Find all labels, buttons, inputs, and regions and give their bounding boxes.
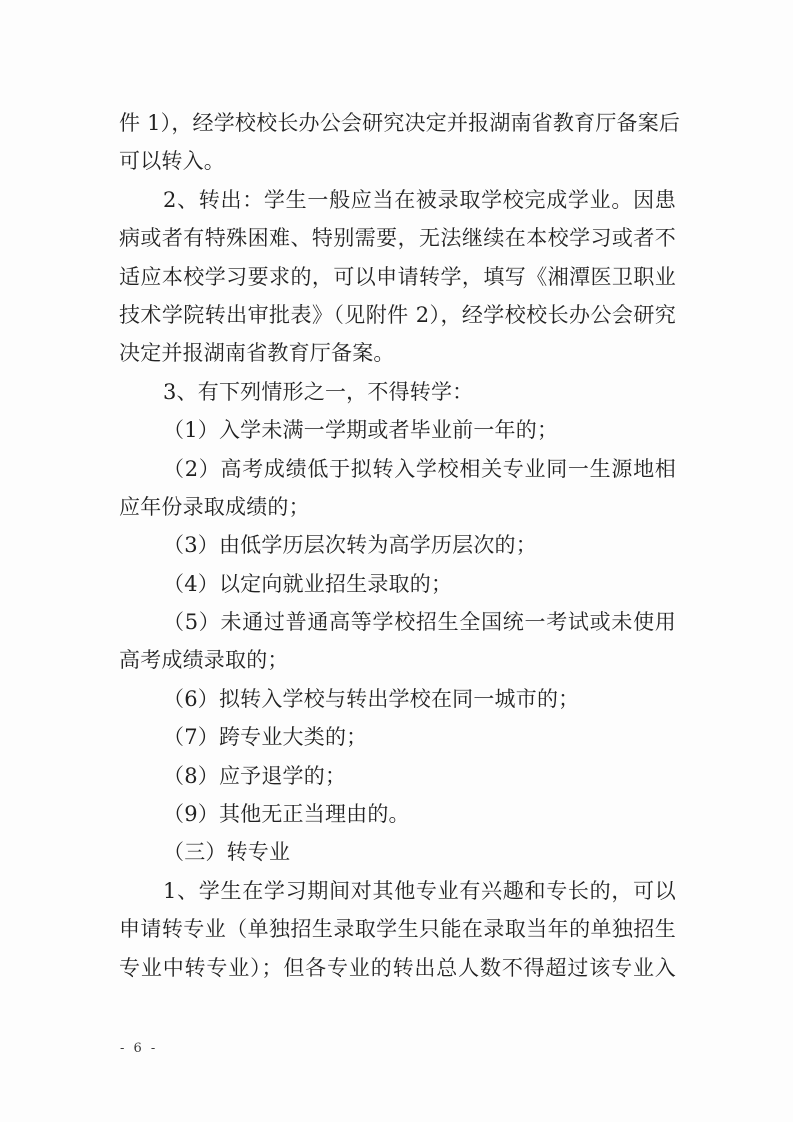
text-line: 可以转入。 xyxy=(119,142,676,180)
text-line: （9）其他无正当理由的。 xyxy=(119,795,676,833)
text-line: 高考成绩录取的； xyxy=(119,641,676,679)
text-line: 1、学生在学习期间对其他专业有兴趣和专长的，可以 xyxy=(119,872,676,910)
text-line: 决定并报湖南省教育厅备案。 xyxy=(119,334,676,372)
text-line: 适应本校学习要求的，可以申请转学，填写《湘潭医卫职业 xyxy=(119,258,676,296)
text-line: （1）入学未满一学期或者毕业前一年的； xyxy=(119,411,676,449)
document-page: 件 1），经学校校长办公会研究决定并报湖南省教育厅备案后 可以转入。 2、转出：… xyxy=(0,0,793,1122)
text-line: （8）应予退学的； xyxy=(119,757,676,795)
text-line: 3、有下列情形之一，不得转学： xyxy=(119,373,676,411)
text-line: 件 1），经学校校长办公会研究决定并报湖南省教育厅备案后 xyxy=(119,104,676,142)
text-line: （三）转专业 xyxy=(119,833,676,871)
text-line: 专业中转专业）；但各专业的转出总人数不得超过该专业入 xyxy=(119,949,676,987)
text-line: （4）以定向就业招生录取的； xyxy=(119,565,676,603)
text-line: 申请转专业（单独招生录取学生只能在录取当年的单独招生 xyxy=(119,910,676,948)
text-line: 技术学院转出审批表》（见附件 2），经学校校长办公会研究 xyxy=(119,296,676,334)
document-body: 件 1），经学校校长办公会研究决定并报湖南省教育厅备案后 可以转入。 2、转出：… xyxy=(119,104,676,987)
text-line: 应年份录取成绩的； xyxy=(119,488,676,526)
text-line: 病或者有特殊困难、特别需要，无法继续在本校学习或者不 xyxy=(119,219,676,257)
text-line: 2、转出：学生一般应当在被录取学校完成学业。因患 xyxy=(119,181,676,219)
text-line: （5）未通过普通高等学校招生全国统一考试或未使用 xyxy=(119,603,676,641)
text-line: （7）跨专业大类的； xyxy=(119,718,676,756)
text-line: （3）由低学历层次转为高学历层次的； xyxy=(119,526,676,564)
text-line: （6）拟转入学校与转出学校在同一城市的； xyxy=(119,680,676,718)
page-number: - 6 - xyxy=(120,1041,158,1056)
text-line: （2）高考成绩低于拟转入学校相关专业同一生源地相 xyxy=(119,450,676,488)
